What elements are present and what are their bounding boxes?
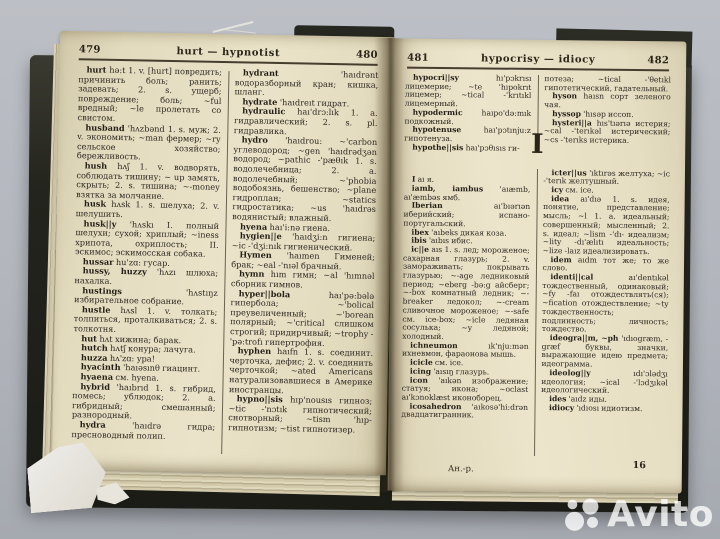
column-1: hypocri||sy hı'pɔkrısı лицемерие; ~te 'h… <box>401 74 532 458</box>
headword: I <box>412 175 416 184</box>
headword: idem <box>551 255 572 264</box>
page-number: 480 <box>356 50 378 61</box>
headword: hydro <box>242 134 268 145</box>
footer-signature-number: 16 <box>633 460 646 471</box>
headword: hypothe||sis <box>412 142 463 152</box>
column-2: потеза; ~tical -'θetıkl гипотетический, … <box>540 75 671 459</box>
left-page-content: 479 hurt — hypnotist 480 hurt hə:t 1. v.… <box>52 31 394 475</box>
avito-logo-icon <box>564 496 602 534</box>
headword: hypodermic <box>413 108 463 118</box>
i-section: icter||us 'ıktırəs желтуха; ~ic -'terık … <box>541 169 670 414</box>
headword: iamb, iambus <box>412 184 483 194</box>
guide-words: hurt — hypnotist <box>176 46 280 59</box>
column-2: hydrant 'haıdrənt водоразборный кран; ки… <box>227 68 378 467</box>
headword: Iberian <box>412 201 443 210</box>
avito-watermark: Avito <box>564 494 714 535</box>
dictionary-entry: icon 'aıkən изображение; статуя; икона; … <box>402 376 529 403</box>
right-page-columns: hypocri||sy hı'pɔkrısı лицемерие; ~te 'h… <box>401 74 671 460</box>
footer-abbreviation: Ан.-р. <box>448 464 474 474</box>
left-page: 479 hurt — hypnotist 480 hurt hə:t 1. v.… <box>52 31 394 475</box>
dictionary-entry: ideogra||m, ~ph 'ıdıogræm, -græf буквы, … <box>541 334 668 370</box>
headword: hyson <box>552 92 577 101</box>
headword: hypotenuse <box>412 125 461 135</box>
headword: hustle <box>82 304 111 315</box>
headword: Hymen <box>239 250 272 261</box>
section-gap <box>544 145 671 170</box>
dictionary-entry: hydrant 'haıdrənt водоразборный кран; ки… <box>234 68 378 100</box>
right-page-header: 481 hypocrisy — idiocy 482 <box>407 53 669 72</box>
headword: hypno||sis <box>237 393 283 404</box>
headword: hygien||e <box>240 230 282 241</box>
binding-thread <box>226 29 256 33</box>
headword: hymn <box>239 269 265 279</box>
column-divider <box>534 169 538 456</box>
right-page: 481 hypocrisy — idiocy 482 hypocri||sy h… <box>388 38 687 493</box>
headword: icter||us <box>551 168 586 177</box>
dictionary-entry: Iberian aı'bıərıən иберийский; испано-по… <box>403 202 530 229</box>
dictionary-entry: hypothe||sis haı'pɔθısıs ги- <box>404 143 531 153</box>
left-page-header: 479 hurt — hypnotist 480 <box>79 44 378 66</box>
dictionary-entry: husband 'hʌzbənd 1. s. муж; 2. v. эконом… <box>77 123 221 164</box>
dictionary-entry: idea aı'dıə 1. s. идея, понятие, предста… <box>543 195 670 257</box>
headword: hyphen <box>238 346 272 357</box>
dictionary-entry: idiocy 'ıdıosı идиотизм. <box>541 404 668 414</box>
dictionary-entry: hydra 'haıdrə гидра; пресноводный полип. <box>71 420 215 442</box>
guide-words: hypocrisy — idiocy <box>481 53 595 65</box>
dictionary-entry: husk||y 'hʌskı I. полный шелухи; сухой; … <box>75 219 219 260</box>
headword: ideogra||m, ~ph <box>550 333 619 343</box>
dictionary-entry: hysteri||a hıs'tıərıə истерия; ~cal -'te… <box>544 119 671 146</box>
page-number: 481 <box>407 53 429 64</box>
headword: ic||e <box>411 245 429 254</box>
headword: hush <box>85 160 108 170</box>
book-photo: 479 hurt — hypnotist 480 hurt hə:t 1. v.… <box>0 0 720 539</box>
dictionary-entry: hybrid 'haıbrıd 1. s. гибрид, помесь; уб… <box>72 382 216 423</box>
dictionary-entry: ideolog||y ıdı'ɔlədʒı идеология; ~ical -… <box>541 369 668 396</box>
dictionary-entry: hypocri||sy hı'pɔkrısı лицемерие; ~te 'h… <box>405 74 532 110</box>
dictionary-entry: hypno||sis hıp'nousıs гипноз; ~tic -'nɔt… <box>228 394 372 435</box>
dictionary-entry: hydraulic haı'drɔ:lık 1. a. гидравлическ… <box>234 107 378 139</box>
headword: idea <box>551 194 569 203</box>
column-1: hurt hə:t 1. v. [hurt] повредить; причин… <box>71 65 222 464</box>
headword: ideolog||y <box>549 368 590 377</box>
headword: icosahedron <box>409 401 461 411</box>
headword: hybrid <box>80 381 110 392</box>
headword: hustings <box>82 285 122 296</box>
headword: husk <box>84 199 106 209</box>
headword: husk||y <box>83 218 116 229</box>
dictionary-entry: hyphen haıfn 1. s. соединит. черточка, д… <box>229 346 373 397</box>
dictionary-entry: ic||e aıs 1. s. лед; мороженое; сахарная… <box>402 246 529 343</box>
right-page-content: 481 hypocrisy — idiocy 482 hypocri||sy h… <box>388 38 687 493</box>
dictionary-entry: hyper||bola haı'pə:bələ гипербола; ~'bol… <box>230 289 375 349</box>
section-gap <box>404 152 531 177</box>
headword: hypocri||sy <box>413 74 459 83</box>
headword: idiocy <box>549 403 574 412</box>
dictionary-entry: icosahedron 'aıkosə'hi:drən двадцатигран… <box>401 402 528 421</box>
page-number: 479 <box>79 44 101 55</box>
headword: hydraulic <box>242 106 285 117</box>
headword: hyper||bola <box>239 288 291 299</box>
headword: hysteri||a <box>552 118 592 127</box>
page-number: 482 <box>647 55 669 66</box>
watermark-label: Avito <box>607 494 714 535</box>
hypo-section: потеза; ~tical -'θetıkl гипотетический, … <box>544 75 671 146</box>
dictionary-entry: hurt hə:t 1. v. [hurt] повредить; причин… <box>77 65 222 125</box>
hypo-section: hypocri||sy hı'pɔkrısı лицемерие; ~te 'h… <box>404 74 531 154</box>
headword: hydrant <box>243 67 279 78</box>
headword: identi||cal <box>550 272 593 281</box>
dictionary-entry: hydro 'haıdrou: ~'carbon углеводород; ~g… <box>232 135 377 224</box>
dictionary-entry: identi||cal aı'dentıkəl тождественный, о… <box>542 273 669 335</box>
left-page-columns: hurt hə:t 1. v. [hurt] повредить; причин… <box>71 65 379 467</box>
dictionary-entry: hush hʌʃ 1. v. водворять, соблюдать тиши… <box>76 161 220 202</box>
headword: hussy, huzzy <box>83 266 147 277</box>
section-letter-heading: I <box>531 131 544 158</box>
headword: hurt <box>86 65 106 75</box>
headword: icon <box>410 375 428 384</box>
i-section: I aı я.iamb, iambus 'aıæmb, aı'æmbəs ямб… <box>401 176 530 421</box>
headword: ichneumon <box>410 340 458 349</box>
headword: hydra <box>80 419 106 429</box>
dictionary-entry: hustle hʌsl 1. v. толкать; толпиться, пр… <box>73 305 217 337</box>
headword: husband <box>85 122 124 133</box>
